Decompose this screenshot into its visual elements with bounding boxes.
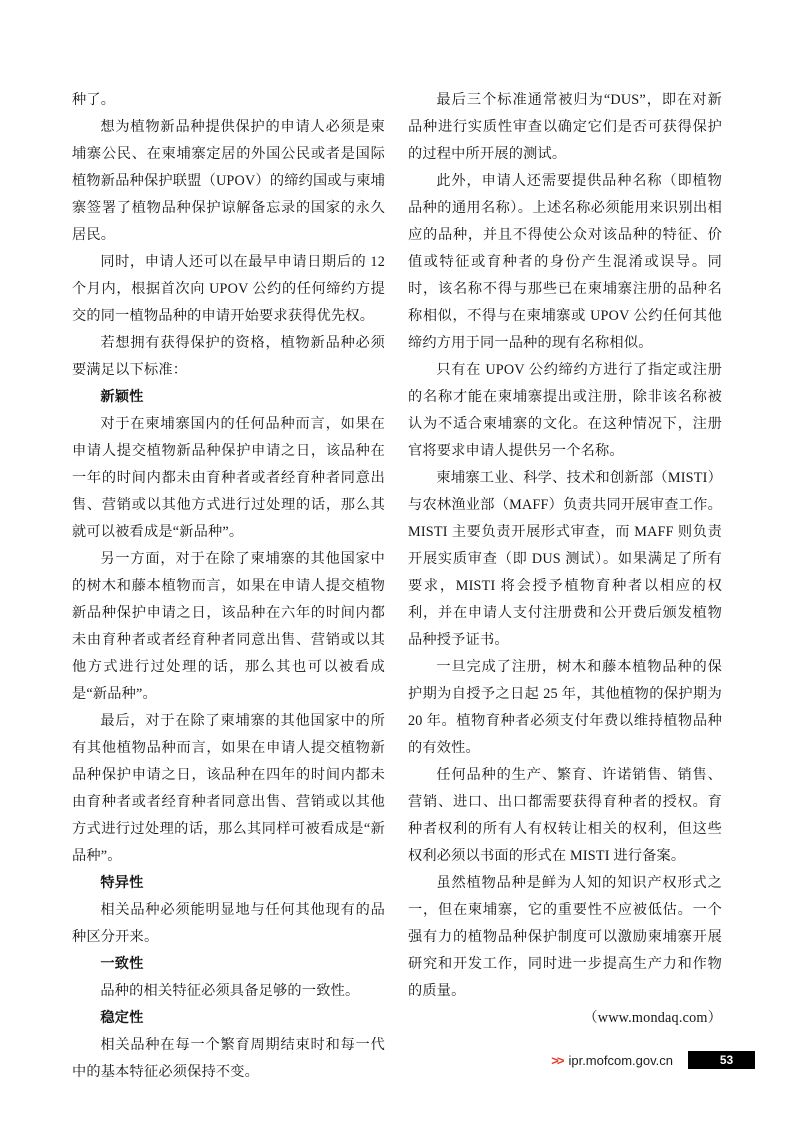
paragraph: 另一方面，对于在除了柬埔寨的其他国家中的树木和藤本植物而言，如果在申请人提交植物… — [72, 546, 385, 708]
page-footer: >> ipr.mofcom.gov.cn 53 — [551, 1051, 755, 1069]
footer-site-url: ipr.mofcom.gov.cn — [568, 1054, 673, 1067]
paragraph: 柬埔寨工业、科学、技术和创新部（MISTI）与农林渔业部（MAFF）负责共同开展… — [408, 465, 722, 654]
paragraph: 最后三个标准通常被归为“DUS”，即在对新品种进行实质性审查以确定它们是否可获得… — [408, 87, 722, 168]
paragraph: 同时，申请人还可以在最早申请日期后的 12 个月内，根据首次向 UPOV 公约的… — [72, 249, 385, 330]
paragraph: 最后，对于在除了柬埔寨的其他国家中的所有其他植物品种而言，如果在申请人提交植物新… — [72, 708, 385, 870]
paragraph: 相关品种在每一个繁育周期结束时和每一代中的基本特征必须保持不变。 — [72, 1032, 385, 1086]
double-chevron-icon: >> — [551, 1054, 562, 1067]
paragraph: 若想拥有获得保护的资格，植物新品种必须要满足以下标准： — [72, 330, 385, 384]
section-heading: 特异性 — [72, 870, 385, 897]
paragraph: 相关品种必须能明显地与任何其他现有的品种区分开来。 — [72, 897, 385, 951]
paragraph: 只有在 UPOV 公约缔约方进行了指定或注册的名称才能在柬埔寨提出或注册，除非该… — [408, 357, 722, 465]
section-heading: 一致性 — [72, 951, 385, 978]
paragraph: （www.mondaq.com） — [408, 1005, 722, 1032]
right-column: 最后三个标准通常被归为“DUS”，即在对新品种进行实质性审查以确定它们是否可获得… — [408, 87, 722, 1032]
paragraph: 一旦完成了注册，树木和藤本植物品种的保护期为自授予之日起 25 年，其他植物的保… — [408, 654, 722, 762]
paragraph: 任何品种的生产、繁育、许诺销售、销售、营销、进口、出口都需要获得育种者的授权。育… — [408, 762, 722, 870]
paragraph: 此外，申请人还需要提供品种名称（即植物品种的通用名称）。上述名称必须能用来识别出… — [408, 168, 722, 357]
paragraph: 品种的相关特征必须具备足够的一致性。 — [72, 978, 385, 1005]
document-page: 种了。想为植物新品种提供保护的申请人必须是柬埔寨公民、在柬埔寨定居的外国公民或者… — [0, 0, 794, 1123]
section-heading: 新颖性 — [72, 384, 385, 411]
paragraph: 虽然植物品种是鲜为人知的知识产权形式之一，但在柬埔寨，它的重要性不应被低估。一个… — [408, 870, 722, 1005]
paragraph: 想为植物新品种提供保护的申请人必须是柬埔寨公民、在柬埔寨定居的外国公民或者是国际… — [72, 114, 385, 249]
page-number-badge: 53 — [688, 1051, 755, 1069]
paragraph: 种了。 — [72, 87, 385, 114]
paragraph: 对于在柬埔寨国内的任何品种而言，如果在申请人提交植物新品种保护申请之日，该品种在… — [72, 411, 385, 546]
left-column: 种了。想为植物新品种提供保护的申请人必须是柬埔寨公民、在柬埔寨定居的外国公民或者… — [72, 87, 385, 1086]
section-heading: 稳定性 — [72, 1005, 385, 1032]
